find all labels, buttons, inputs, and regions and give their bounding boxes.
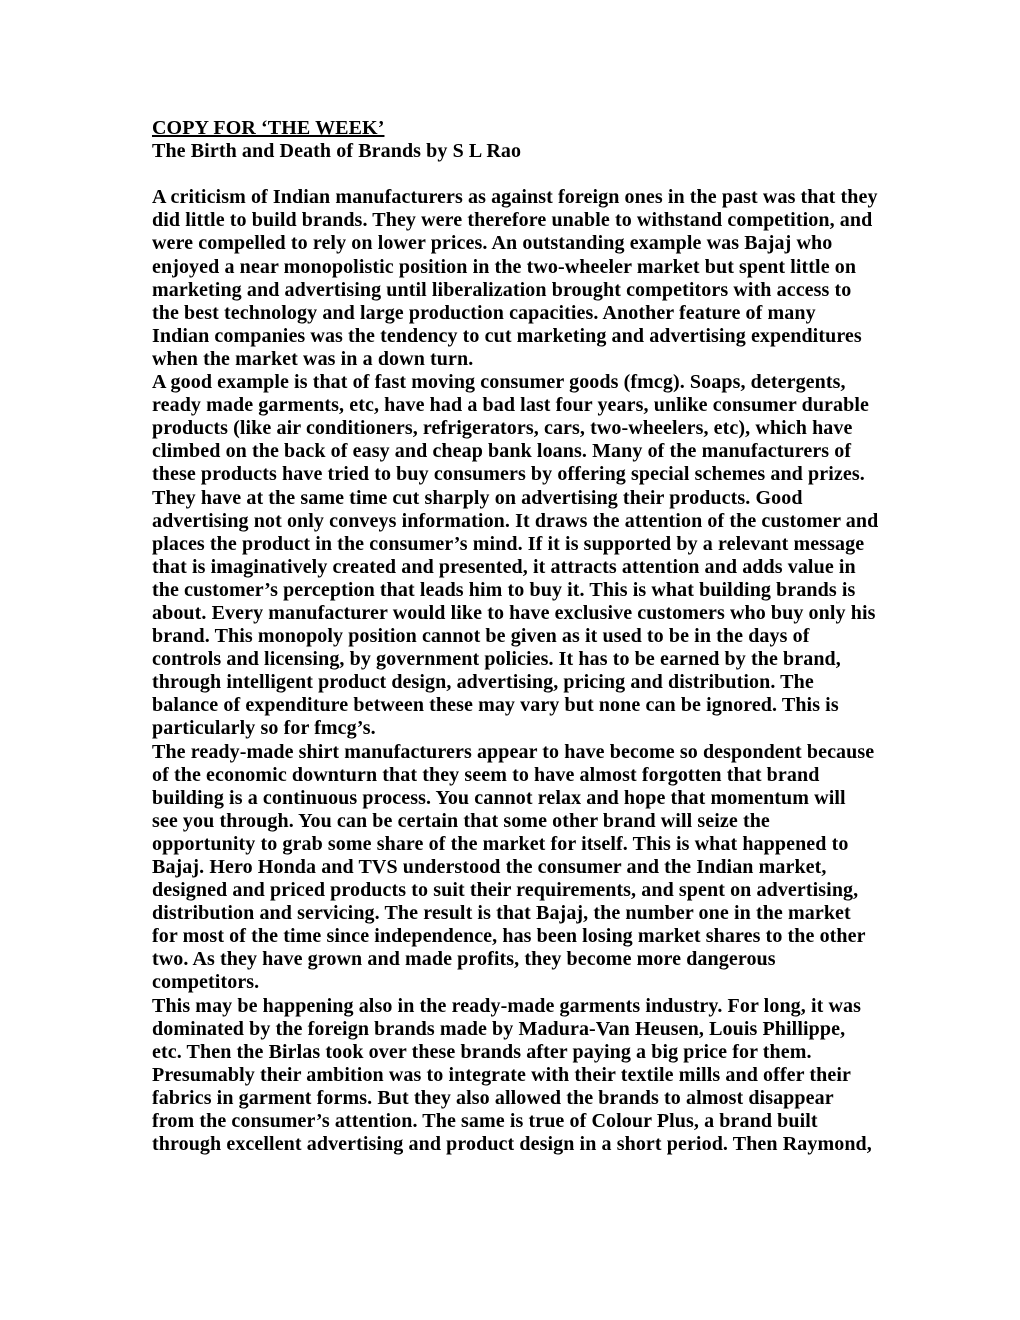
blank-line	[152, 163, 897, 186]
document-body: COPY FOR ‘THE WEEK’ The Birth and Death …	[152, 117, 897, 1156]
document-subtitle: The Birth and Death of Brands by S L Rao	[152, 140, 897, 163]
paragraph-4: This may be happening also in the ready-…	[152, 995, 897, 1157]
paragraph-2: A good example is that of fast moving co…	[152, 371, 897, 741]
paragraph-3: The ready-made shirt manufacturers appea…	[152, 741, 897, 995]
paragraph-1: A criticism of Indian manufacturers as a…	[152, 186, 897, 371]
document-page: COPY FOR ‘THE WEEK’ The Birth and Death …	[0, 0, 1020, 1320]
document-title: COPY FOR ‘THE WEEK’	[152, 117, 897, 140]
